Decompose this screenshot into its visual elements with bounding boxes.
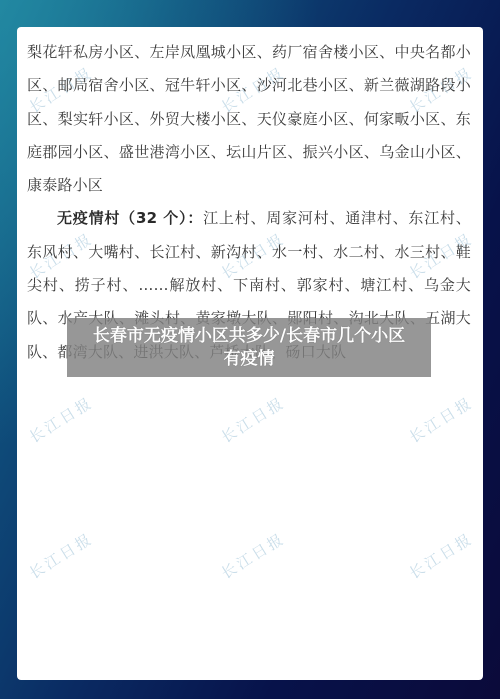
watermark: 长江日报 [217,528,289,584]
village-count-label: 无疫情村（32 个）： [57,209,203,227]
watermark: 长江日报 [25,392,97,448]
watermark: 长江日报 [405,392,477,448]
community-list-paragraph: 梨花轩私房小区、左岸凤凰城小区、药厂宿舍楼小区、中央名都小区、邮局宿舍小区、冠牛… [27,36,471,202]
overlay-title: 长春市无疫情小区共多少/长春市几个小区有疫情 [89,325,409,371]
title-overlay: 长春市无疫情小区共多少/长春市几个小区有疫情 [67,318,431,377]
watermark: 长江日报 [25,528,97,584]
watermark: 长江日报 [405,528,477,584]
watermark: 长江日报 [217,392,289,448]
